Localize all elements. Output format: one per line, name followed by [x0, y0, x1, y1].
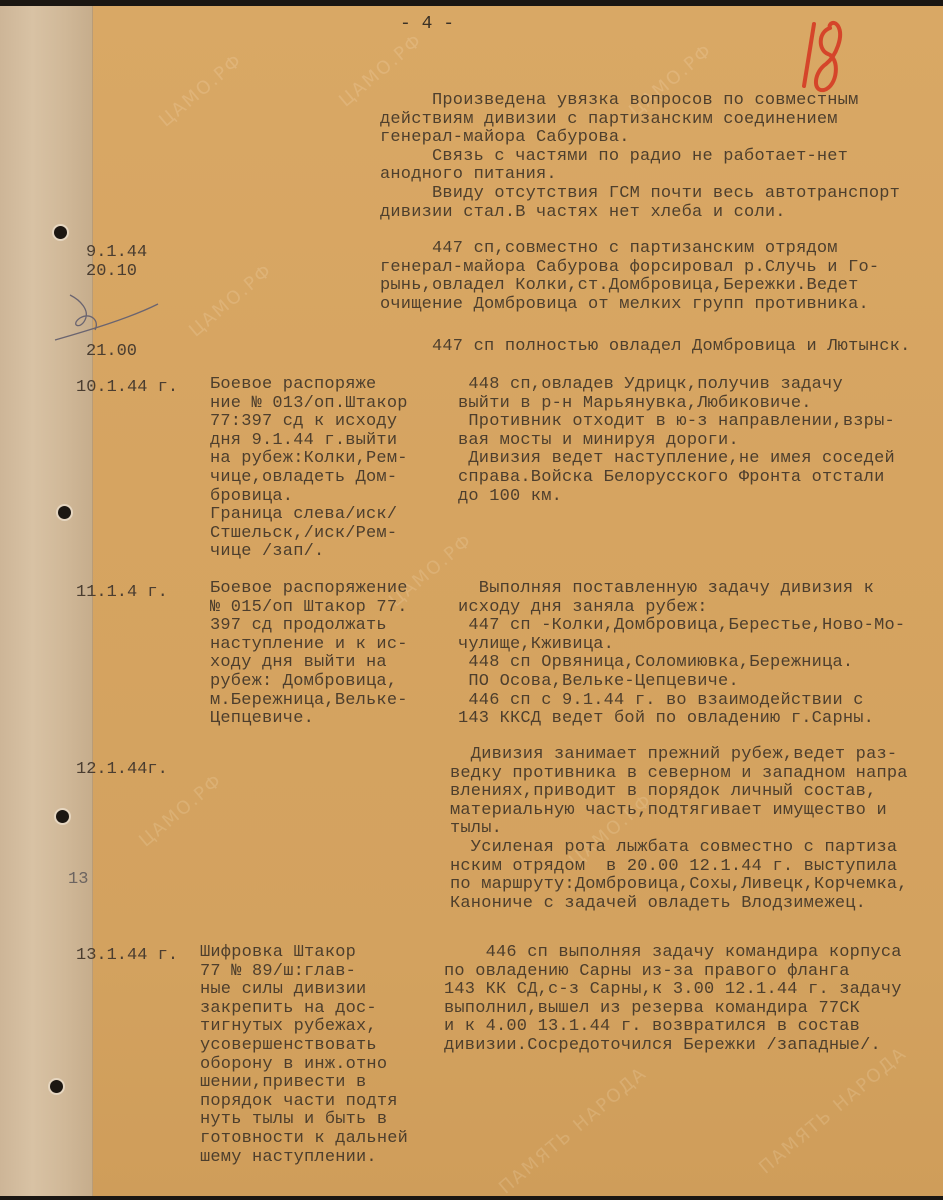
archive-number-mark	[800, 16, 850, 96]
entry-content: 447 сп полностью овладел Домбровица и Лю…	[380, 338, 911, 357]
punch-hole	[54, 808, 71, 825]
punch-hole	[52, 224, 69, 241]
order-reference: Шифровка Штакор77 № 89/ш:глав-ные силы д…	[200, 944, 408, 1167]
entry-content: 447 сп,совместно с партизанским отрядомг…	[380, 240, 879, 314]
entry-date: 10.1.44 г.	[76, 378, 178, 397]
page-number: - 4 -	[400, 14, 454, 34]
entry-time: 21.00	[86, 342, 137, 361]
entry-date: 13.1.44 г.	[76, 946, 178, 965]
entry-date: 11.1.4 г.	[76, 583, 168, 602]
pencil-annotation	[50, 290, 160, 350]
entry-date: 9.1.44	[86, 243, 147, 262]
order-reference: Боевое распоряжение № 013/оп.Штакор77:39…	[210, 376, 408, 562]
entry-content: 446 сп выполняя задачу командира корпуса…	[444, 944, 902, 1056]
entry-time: 20.10	[86, 262, 137, 281]
entry-content: Выполняя поставленную задачу дивизия кис…	[458, 580, 905, 729]
punch-hole	[56, 504, 73, 521]
intro-paragraph: Произведена увязка вопросов по совместны…	[380, 92, 900, 222]
margin-number: 13	[68, 870, 88, 889]
entry-content: 448 сп,овладев Удрицк,получив задачувыйт…	[458, 376, 895, 506]
entry-content: Дивизия занимает прежний рубеж,ведет раз…	[450, 746, 908, 913]
punch-hole	[48, 1078, 65, 1095]
order-reference: Боевое распоряжение№ 015/оп Штакор 77.39…	[210, 580, 408, 729]
entry-date: 12.1.44г.	[76, 760, 168, 779]
